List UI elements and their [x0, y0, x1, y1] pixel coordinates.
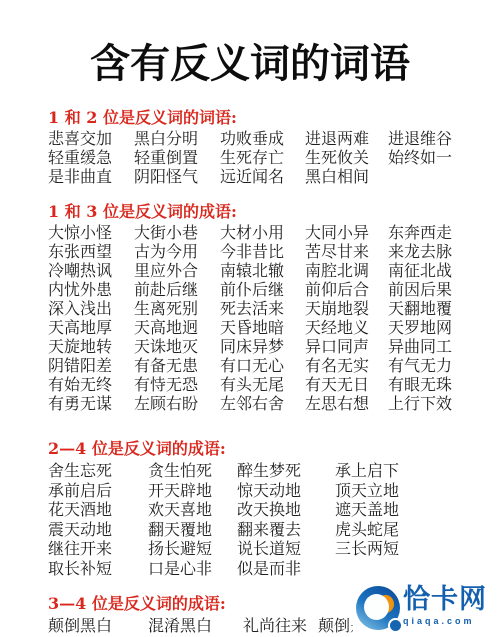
idiom: 同床异梦: [220, 337, 305, 356]
idiom: 天昏地暗: [220, 318, 305, 337]
idiom: 天高地迥: [134, 318, 220, 337]
idiom: 前因后果: [388, 280, 494, 299]
logo-dot-shape: [388, 618, 403, 633]
idiom-row: 舍生忘死贪生怕死醉生梦死承上启下: [48, 461, 494, 481]
idiom: 有天无日: [305, 375, 388, 394]
idiom: 今非昔比: [220, 242, 305, 261]
idiom: 前仰后合: [305, 280, 388, 299]
idiom: 天经地义: [305, 318, 388, 337]
page-title: 含有反义词的词语: [0, 42, 500, 86]
idiom: 有口无心: [220, 356, 305, 375]
idiom-row: 悲喜交加黑白分明功败垂成进退两难进退维谷: [48, 129, 494, 148]
idiom: 有名无实: [305, 356, 388, 375]
idiom: 天高地厚: [48, 318, 134, 337]
idiom: 前赴后继: [134, 280, 220, 299]
idiom: 生离死别: [134, 299, 220, 318]
qiaqa-site-url: qiaqa.com: [403, 616, 487, 626]
idiom: 扬长避短: [148, 539, 237, 559]
idiom: 有始无终: [48, 375, 134, 394]
idiom: 有备无患: [134, 356, 220, 375]
idiom: 大惊小怪: [48, 223, 134, 242]
idiom: 三长两短: [335, 539, 494, 559]
idiom: 冷嘲热讽: [48, 261, 134, 280]
idiom: 古为今用: [134, 242, 220, 261]
idiom-row: 花天酒地欢天喜地改天换地遮天盖地: [48, 500, 494, 520]
idiom: 进退两难: [305, 129, 388, 148]
idiom: 说长道短: [237, 539, 335, 559]
idiom: 天旋地转: [48, 337, 134, 356]
idiom: 悲喜交加: [48, 129, 134, 148]
idiom: 有眼无珠: [388, 375, 494, 394]
idiom-grid: 大惊小怪大街小巷大材小用大同小异东奔西走东张西望古为今用今非昔比苦尽甘来来龙去脉…: [48, 223, 494, 413]
idiom: 遮天盖地: [335, 500, 494, 520]
idiom: 开天辟地: [148, 481, 237, 501]
idiom-row: 有始无终有恃无恐有头无尾有天无日有眼无珠: [48, 375, 494, 394]
idiom: 黑白相间: [305, 167, 388, 186]
idiom: 左邻右舍: [220, 394, 305, 413]
idiom: 异口同声: [305, 337, 388, 356]
qiaqa-site-name: 恰卡网: [403, 585, 487, 614]
idiom: 翻天覆地: [148, 520, 237, 540]
idiom: 醉生梦死: [237, 461, 335, 481]
idiom: 左思右想: [305, 394, 388, 413]
idiom: 内忧外患: [48, 280, 134, 299]
idiom: 花天酒地: [48, 500, 148, 520]
idiom: 黑白分明: [134, 129, 220, 148]
idiom: 是非曲直: [48, 167, 134, 186]
idiom-row: 冷嘲热讽里应外合南辕北辙南腔北调南征北战: [48, 261, 494, 280]
qiaqa-watermark: 恰卡网 qiaqa.com: [353, 584, 500, 637]
idiom: 大材小用: [220, 223, 305, 242]
idiom: 远近闻名: [220, 167, 305, 186]
idiom-row: 取长补短口是心非似是而非: [48, 559, 494, 579]
idiom: 有头无尾: [220, 375, 305, 394]
idiom: 改天换地: [237, 500, 335, 520]
idiom: 进退维谷: [388, 129, 494, 148]
document-page: 含有反义词的词语 1 和 2 位是反义词的词语: 悲喜交加黑白分明功败垂成进退两…: [0, 0, 500, 637]
idiom-row: 内忧外患前赴后继前仆后继前仰后合前因后果: [48, 280, 494, 299]
idiom: 顶天立地: [335, 481, 494, 501]
idiom: 有气无力: [388, 356, 494, 375]
idiom: 死去活来: [220, 299, 305, 318]
qiaqa-logo-icon: [353, 584, 403, 634]
idiom: 大街小巷: [134, 223, 220, 242]
section-pos-2-4-idioms: 2—4 位是反义词的成语: 舍生忘死贪生怕死醉生梦死承上启下承前启后开天辟地惊天…: [48, 441, 494, 578]
idiom: 天崩地裂: [305, 299, 388, 318]
idiom: 承前启后: [48, 481, 148, 501]
idiom-row: 是非曲直阴阳怪气远近闻名黑白相间: [48, 167, 494, 186]
idiom: 始终如一: [388, 148, 494, 167]
idiom: 南腔北调: [305, 261, 388, 280]
idiom: 礼尚往来: [243, 616, 318, 635]
idiom: 欢天喜地: [148, 500, 237, 520]
idiom: 前仆后继: [220, 280, 305, 299]
idiom: 有恃无恐: [134, 375, 220, 394]
idiom-row: 震天动地翻天覆地翻来覆去虎头蛇尾: [48, 520, 494, 540]
idiom: 深入浅出: [48, 299, 134, 318]
idiom: 虎头蛇尾: [335, 520, 494, 540]
idiom-grid: 舍生忘死贪生怕死醉生梦死承上启下承前启后开天辟地惊天动地顶天立地花天酒地欢天喜地…: [48, 461, 494, 578]
logo-inner-circle: [364, 594, 389, 620]
idiom: 阴阳怪气: [134, 167, 220, 186]
idiom: 东张西望: [48, 242, 134, 261]
idiom: 大同小异: [305, 223, 388, 242]
idiom-row: 承前启后开天辟地惊天动地顶天立地: [48, 481, 494, 501]
idiom-row: 天高地厚天高地迥天昏地暗天经地义天罗地网: [48, 318, 494, 337]
idiom-row: 有勇无谋左顾右盼左邻右舍左思右想上行下效: [48, 394, 494, 413]
idiom: 苦尽甘来: [305, 242, 388, 261]
idiom: 生死攸关: [305, 148, 388, 167]
idiom: 天翻地覆: [388, 299, 494, 318]
idiom-row: 深入浅出生离死别死去活来天崩地裂天翻地覆: [48, 299, 494, 318]
idiom: 有勇无谋: [48, 394, 134, 413]
idiom: 东奔西走: [388, 223, 494, 242]
idiom: 继往开来: [48, 539, 148, 559]
idiom-row: 继往开来扬长避短说长道短三长两短: [48, 539, 494, 559]
idiom: 阴错阳差: [48, 356, 134, 375]
idiom: 口是心非: [148, 559, 237, 579]
idiom: 轻重倒置: [134, 148, 220, 167]
section-heading: 1 和 3 位是反义词的成语:: [48, 204, 494, 220]
idiom-grid: 悲喜交加黑白分明功败垂成进退两难进退维谷轻重缓急轻重倒置生死存亡生死攸关始终如一…: [48, 129, 494, 186]
idiom: 取长补短: [48, 559, 148, 579]
idiom-row: 大惊小怪大街小巷大材小用大同小异东奔西走: [48, 223, 494, 242]
idiom: 异曲同工: [388, 337, 494, 356]
section-pos-1-2-words: 1 和 2 位是反义词的词语: 悲喜交加黑白分明功败垂成进退两难进退维谷轻重缓急…: [48, 110, 494, 186]
idiom-row: 阴错阳差有备无患有口无心有名无实有气无力: [48, 356, 494, 375]
idiom-row: 天旋地转天诛地灭同床异梦异口同声异曲同工: [48, 337, 494, 356]
section-heading: 2—4 位是反义词的成语:: [48, 441, 494, 457]
idiom: 轻重缓急: [48, 148, 134, 167]
idiom: 混淆黑白: [148, 616, 243, 635]
idiom: 生死存亡: [220, 148, 305, 167]
idiom: 南辕北辙: [220, 261, 305, 280]
idiom-row: 轻重缓急轻重倒置生死存亡生死攸关始终如一: [48, 148, 494, 167]
idiom: 左顾右盼: [134, 394, 220, 413]
idiom: 天诛地灭: [134, 337, 220, 356]
idiom: 来龙去脉: [388, 242, 494, 261]
idiom: 承上启下: [335, 461, 494, 481]
idiom: 翻来覆去: [237, 520, 335, 540]
idiom: 震天动地: [48, 520, 148, 540]
idiom: 上行下效: [388, 394, 494, 413]
idiom: 里应外合: [134, 261, 220, 280]
idiom: 颠倒黑白: [48, 616, 148, 635]
section-pos-1-3-idioms: 1 和 3 位是反义词的成语: 大惊小怪大街小巷大材小用大同小异东奔西走东张西望…: [48, 204, 494, 413]
idiom: 南征北战: [388, 261, 494, 280]
section-heading: 1 和 2 位是反义词的词语:: [48, 110, 494, 126]
idiom-row: 东张西望古为今用今非昔比苦尽甘来来龙去脉: [48, 242, 494, 261]
idiom: 贪生怕死: [148, 461, 237, 481]
idiom: 似是而非: [237, 559, 335, 579]
idiom: 天罗地网: [388, 318, 494, 337]
idiom: 惊天动地: [237, 481, 335, 501]
idiom: 功败垂成: [220, 129, 305, 148]
qiaqa-logo-text: 恰卡网 qiaqa.com: [403, 584, 487, 626]
idiom: 舍生忘死: [48, 461, 148, 481]
